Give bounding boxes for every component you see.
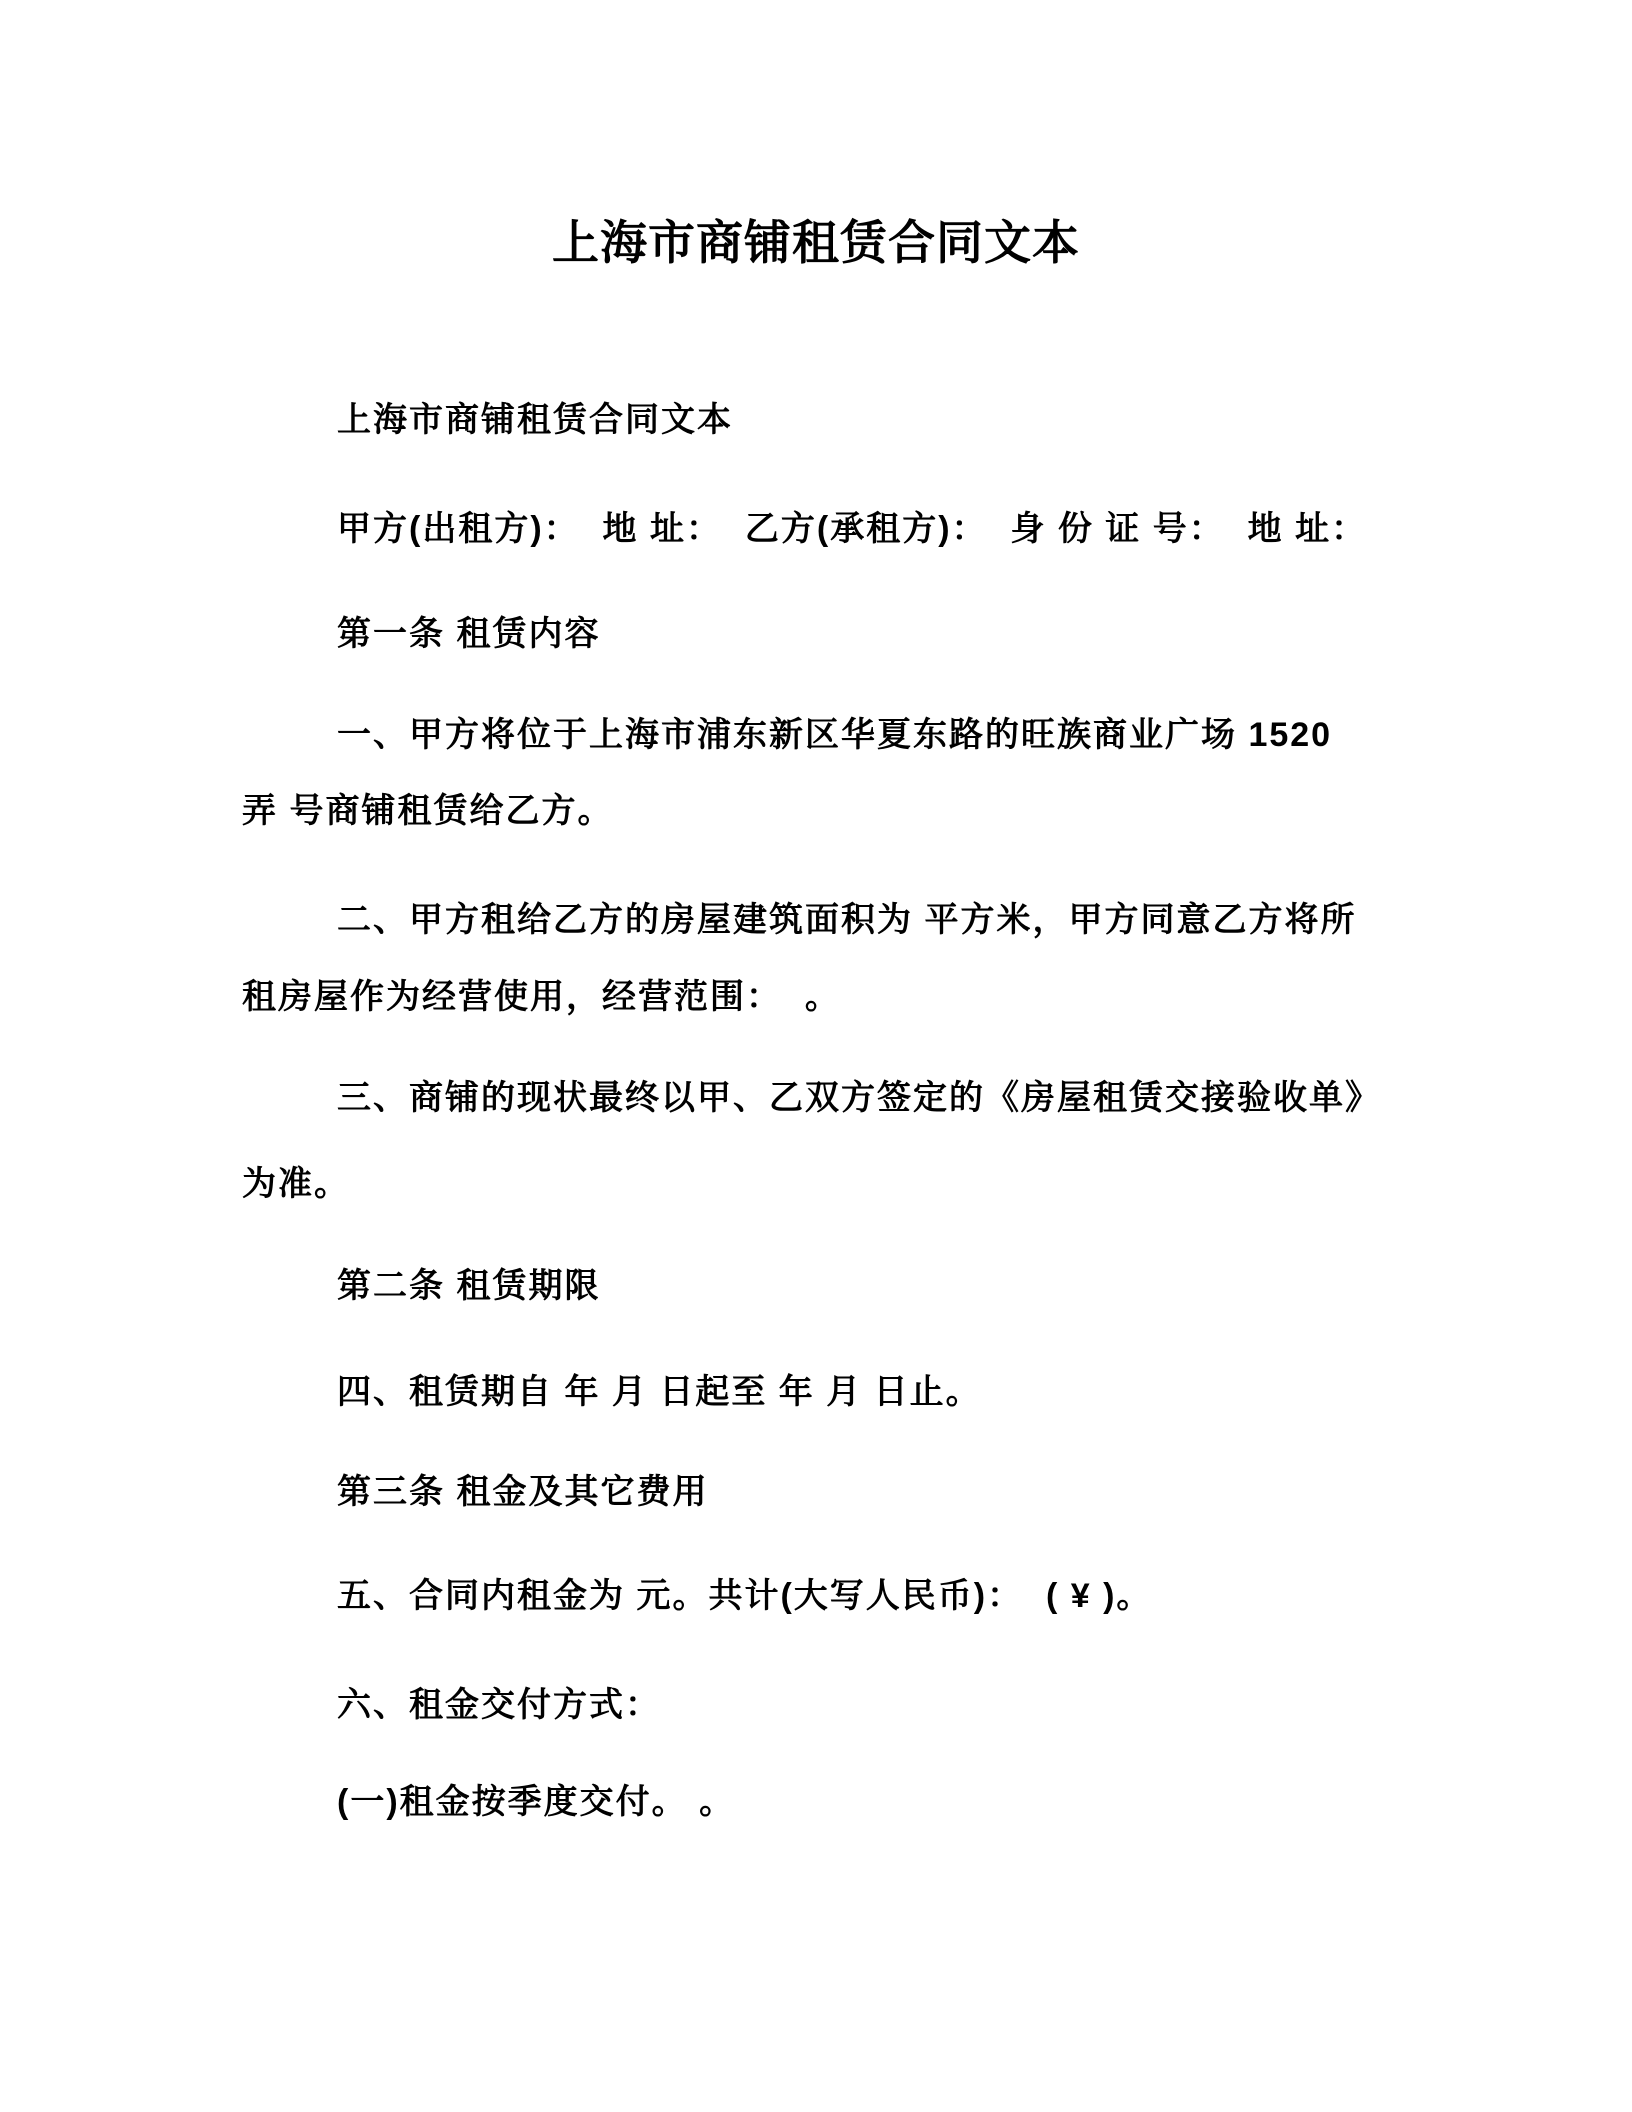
document-title: 上海市商铺租赁合同文本	[0, 219, 1632, 266]
clause-6-line: 六、租金交付方式：	[337, 1685, 661, 1725]
clause-5-line: 五、合同内租金为 元。共计(大写人民币)： ( ¥ )。	[337, 1576, 1152, 1616]
clause-4-line: 四、租赁期自 年 月 日起至 年 月 日止。	[337, 1372, 982, 1412]
clause-2-line-1: 二、甲方租给乙方的房屋建筑面积为 平方米，甲方同意乙方将所	[337, 900, 1356, 940]
clause-6-item-1-line: (一)租金按季度交付。 。	[337, 1782, 735, 1822]
parties-line: 甲方(出租方)： 地 址： 乙方(承租方)： 身 份 证 号： 地 址：	[337, 509, 1367, 549]
clause-2-line-2: 租房屋作为经营使用，经营范围： 。	[242, 977, 841, 1017]
clause-1-line-2: 弄 号商铺租赁给乙方。	[242, 791, 613, 831]
contract-document-page: 上海市商铺租赁合同文本 上海市商铺租赁合同文本 甲方(出租方)： 地 址： 乙方…	[0, 0, 1632, 2112]
article-1-heading: 第一条 租赁内容	[337, 614, 600, 654]
article-3-heading: 第三条 租金及其它费用	[337, 1472, 708, 1512]
document-subtitle: 上海市商铺租赁合同文本	[337, 400, 733, 440]
clause-3-line-2: 为准。	[242, 1164, 350, 1204]
article-2-heading: 第二条 租赁期限	[337, 1266, 600, 1306]
clause-3-line-1: 三、商铺的现状最终以甲、乙双方签定的《房屋租赁交接验收单》	[337, 1078, 1381, 1118]
clause-1-line-1: 一、甲方将位于上海市浦东新区华夏东路的旺族商业广场 1520	[337, 715, 1332, 755]
